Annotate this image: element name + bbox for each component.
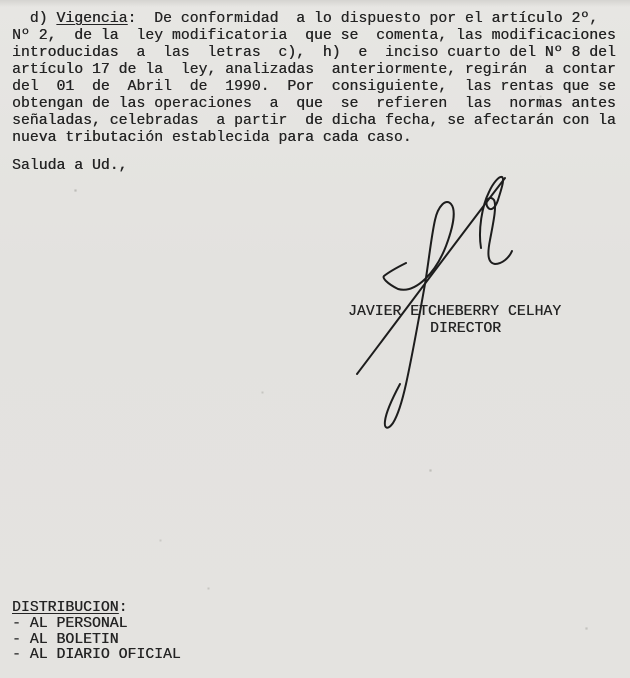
- distribution-heading-colon: :: [119, 600, 128, 616]
- signature-stroke-diagonal: [357, 178, 505, 374]
- paragraph-lead: d): [12, 11, 56, 27]
- scanned-letter-page: d) Vigencia: De conformidad a lo dispues…: [0, 0, 630, 678]
- vigencia-paragraph: d) Vigencia: De conformidad a lo dispues…: [12, 11, 622, 147]
- distribution-list: DISTRIBUCION: - AL PERSONAL - AL BOLETIN…: [12, 601, 181, 664]
- paragraph-continuation: Nº 2, de la ley modificatoria que se com…: [12, 28, 616, 146]
- paper-speckles: [0, 0, 1, 1]
- distribution-item-boletin: - AL BOLETIN: [12, 632, 119, 648]
- distribution-item-diario-oficial: - AL DIARIO OFICIAL: [12, 647, 181, 663]
- paragraph-underlined-term: Vigencia: [56, 11, 127, 27]
- scan-edge-shading: [0, 0, 630, 7]
- distribution-heading: DISTRIBUCION: [12, 600, 119, 616]
- salutation-line: Saluda a Ud.,: [12, 158, 127, 175]
- signature-stroke-right-curl: [480, 177, 512, 264]
- signer-title: DIRECTOR: [430, 321, 501, 338]
- distribution-item-personal: - AL PERSONAL: [12, 616, 127, 632]
- paragraph-first-line-rest: : De conformidad a lo dispuesto por el a…: [127, 11, 598, 27]
- signer-name: JAVIER ETCHEBERRY CELHAY: [348, 304, 561, 321]
